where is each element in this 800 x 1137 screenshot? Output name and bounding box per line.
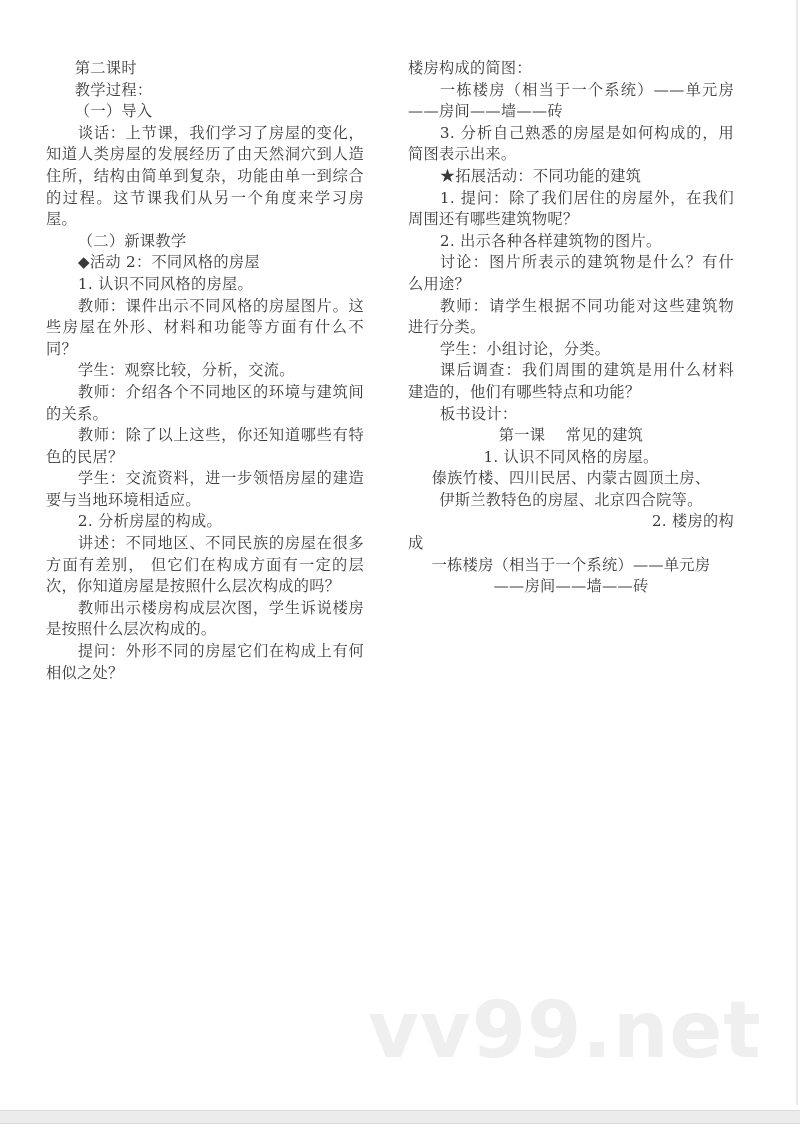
paragraph: 2. 出示各种各样建筑物的图片。 [408, 231, 734, 253]
paragraph: 1. 提问：除了我们居住的房屋外，在我们周围还有哪些建筑物呢？ [408, 188, 734, 231]
paragraph: 教师：课件出示不同风格的房屋图片。这些房屋在外形、材料和功能等方面有什么不同？ [46, 296, 364, 361]
teaching-process-heading: 教学过程： [46, 80, 364, 102]
left-column: 第二课时 教学过程： （一）导入 谈话：上节课，我们学习了房屋的变化，知道人类房… [46, 58, 364, 684]
structure-chain: 一栋楼房（相当于一个系统）——单元房——房间——墙——砖 [408, 80, 734, 123]
paragraph: 讲述：不同地区、不同民族的房屋在很多方面有差别， 但它们在构成方面有一定的层次，… [46, 533, 364, 598]
board-item-2-part-a: 2. 楼房的构 [408, 511, 734, 533]
activity-2-heading: ◆活动 2：不同风格的房屋 [46, 252, 364, 274]
paragraph: 教师：介绍各个不同地区的环境与建筑间的关系。 [46, 382, 364, 425]
lesson-period: 第二课时 [46, 58, 364, 80]
paragraph: 教师出示楼房构成层次图，学生诉说楼房是按照什么层次构成的。 [46, 598, 364, 641]
step-2-heading: 2. 分析房屋的构成。 [46, 511, 364, 533]
board-design-heading: 板书设计： [408, 404, 734, 426]
board-design: 第一课 常见的建筑 1. 认识不同风格的房屋。 傣族竹楼、四川民居、内蒙古圆顶土… [408, 425, 734, 598]
paragraph: 学生：交流资料，进一步领悟房屋的建造要与当地环境相适应。 [46, 468, 364, 511]
watermark: vv99.net [368, 992, 762, 1070]
paragraph: 学生：小组讨论，分类。 [408, 339, 734, 361]
paragraph: 提问：外形不同的房屋它们在构成上有何相似之处？ [46, 641, 364, 684]
paragraph: 学生：观察比较，分析，交流。 [46, 360, 364, 382]
board-item-1-examples-line2: 伊斯兰教特色的房屋、北京四合院等。 [408, 490, 734, 512]
step-1-heading: 1. 认识不同风格的房屋。 [46, 274, 364, 296]
paragraph: 教师：除了以上这些，你还知道哪些有特色的民居？ [46, 425, 364, 468]
paragraph: 讨论：图片所表示的建筑物是什么？有什么用途？ [408, 252, 734, 295]
board-structure-line1: 一栋楼房（相当于一个系统）——单元房 [408, 555, 734, 577]
diagram-heading: 楼房构成的简图： [408, 58, 734, 80]
board-structure-line2: ——房间——墙——砖 [408, 576, 734, 598]
section-intro-heading: （一）导入 [46, 101, 364, 123]
extension-activity-heading: ★拓展活动：不同功能的建筑 [408, 166, 734, 188]
document-page: 第二课时 教学过程： （一）导入 谈话：上节课，我们学习了房屋的变化，知道人类房… [0, 0, 798, 1105]
board-item-2-part-b: 成 [408, 533, 734, 555]
page-separator [0, 1110, 800, 1124]
paragraph: 谈话：上节课，我们学习了房屋的变化，知道人类房屋的发展经历了由天然洞穴到人造住所… [46, 123, 364, 231]
board-item-1-examples-line1: 傣族竹楼、四川民居、内蒙古圆顶土房、 [408, 468, 734, 490]
paragraph: 教师：请学生根据不同功能对这些建筑物进行分类。 [408, 296, 734, 339]
right-column: 楼房构成的简图： 一栋楼房（相当于一个系统）——单元房——房间——墙——砖 3.… [408, 58, 734, 598]
step-3-heading: 3. 分析自己熟悉的房屋是如何构成的，用简图表示出来。 [408, 123, 734, 166]
paragraph: 课后调查：我们周围的建筑是用什么材料建造的，他们有哪些特点和功能？ [408, 360, 734, 403]
board-title: 第一课 常见的建筑 [408, 425, 734, 447]
board-item-1: 1. 认识不同风格的房屋。 [408, 447, 734, 469]
section-new-lesson-heading: （二）新课教学 [46, 231, 364, 253]
